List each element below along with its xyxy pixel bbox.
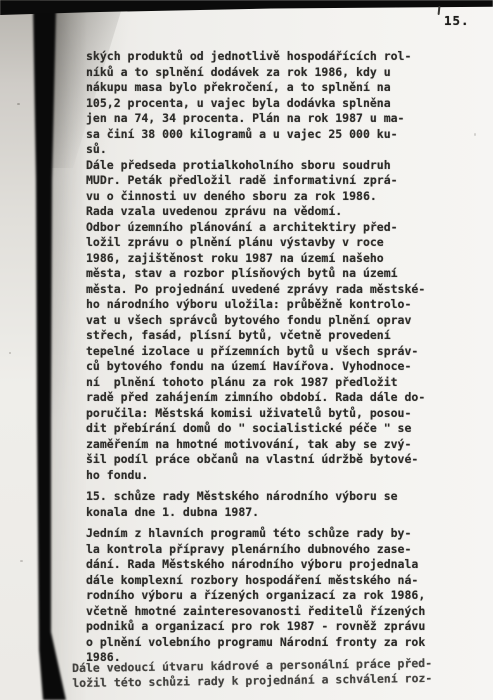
paragraph-deliveries-1986: ských produktů od jednotlivě hospodářící… bbox=[86, 49, 458, 158]
paragraph-meeting-agenda: Jedním z hlavních programů této schůze r… bbox=[86, 526, 458, 666]
book-binding-shadow bbox=[0, 0, 90, 700]
stray-pen-tick bbox=[438, 6, 441, 15]
scan-speck bbox=[474, 133, 476, 136]
page-number: 15. bbox=[444, 13, 470, 28]
scan-speck bbox=[17, 103, 20, 105]
paragraph-antialcohol-board-report: Dále předseda protialkoholního sboru sou… bbox=[86, 158, 458, 220]
paragraph-planning-department-report: Odbor územního plánování a architektiry … bbox=[86, 220, 458, 484]
heading-15th-council-meeting: 15. schůze rady Městského národního výbo… bbox=[86, 489, 458, 520]
scan-speck bbox=[20, 560, 23, 562]
typewritten-text-column: ských produktů od jednotlivě hospodářící… bbox=[86, 49, 458, 690]
scan-speck bbox=[9, 352, 11, 354]
paragraph-cadre-department: Dále vedoucí útvaru kádrové a personální… bbox=[72, 655, 458, 689]
scanned-document-page: 15. ských produktů od jednotlivě hospodá… bbox=[0, 0, 493, 700]
